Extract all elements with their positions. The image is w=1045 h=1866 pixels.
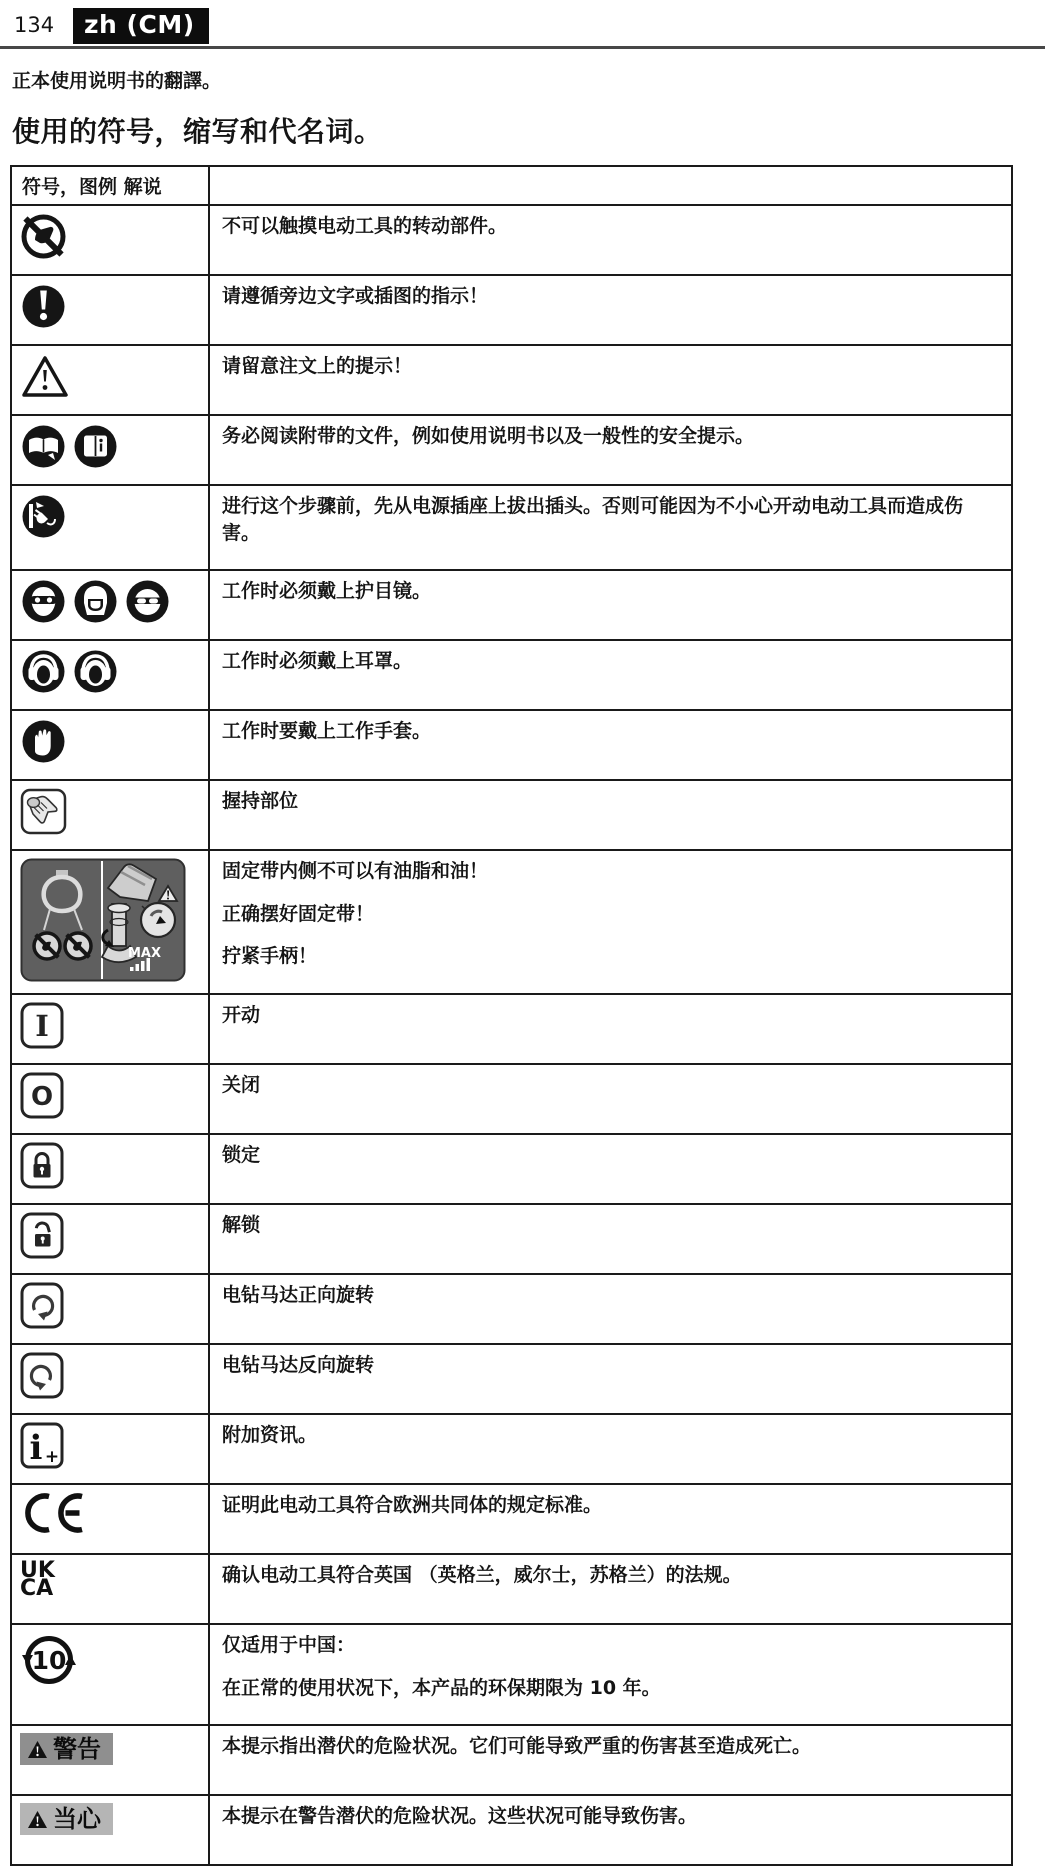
description-cell: 请留意注文上的提示！ [209,345,1012,415]
description-cell: 锁定 [209,1134,1012,1204]
page-title: 使用的符号，缩写和代名词。 [12,110,1045,150]
symbol-cell [11,1134,209,1204]
strap-instructions-image: MAX [20,858,186,986]
symbol-cell [11,640,209,710]
table-row: i +附加资讯。 [11,1414,1012,1484]
row-text: 工作时必须戴上耳罩。 [222,648,999,675]
ear-muffs-icon [72,648,119,699]
table-row: UKCA确认电动工具符合英国 （英格兰，威尔士，苏格兰）的法规。 [11,1554,1012,1624]
ear-muffs-icon [20,648,67,699]
row-text: 解锁 [222,1212,999,1239]
row-text: 务必阅读附带的文件，例如使用说明书以及一般性的安全提示。 [222,423,999,450]
description-cell: 工作时必须戴上护目镜。 [209,570,1012,640]
switch-off-icon: O [20,1072,64,1123]
description-cell: 电钻马达反向旋转 [209,1344,1012,1414]
symbol-cell: i + [11,1414,209,1484]
table-row: 工作时要戴上工作手套。 [11,710,1012,780]
symbol-cell: 当心 [11,1795,209,1865]
table-row: 警告本提示指出潜伏的危险状况。它们可能导致严重的伤害甚至造成死亡。 [11,1725,1012,1795]
lock-open-icon [20,1212,64,1263]
row-text: 请遵循旁边文字或插图的指示！ [222,283,999,310]
row-text: 附加资讯。 [222,1422,999,1449]
svg-text:O: O [31,1082,53,1112]
row-text: 拧紧手柄！ [222,943,999,970]
description-cell: 本提示在警告潜伏的危险状况。这些状况可能导致伤害。 [209,1795,1012,1865]
intro-text: 正本使用说明书的翻譯。 [12,66,1045,93]
description-cell: 电钻马达正向旋转 [209,1274,1012,1344]
description-cell: 本提示指出潜伏的危险状况。它们可能导致严重的伤害甚至造成死亡。 [209,1725,1012,1795]
row-text: 本提示在警告潜伏的危险状况。这些状况可能导致伤害。 [222,1803,999,1830]
row-text: 确认电动工具符合英国 （英格兰，威尔士，苏格兰）的法规。 [222,1562,999,1589]
svg-text:+: + [45,1447,59,1467]
language-badge: zh (CM) [73,8,209,44]
description-cell: 开动 [209,994,1012,1064]
row-text: 请留意注文上的提示！ [222,353,999,380]
svg-text:i: i [30,1428,43,1468]
symbol-cell: MAX [11,850,209,994]
description-cell: 解锁 [209,1204,1012,1274]
table-row: 务必阅读附带的文件，例如使用说明书以及一般性的安全提示。 [11,415,1012,485]
header-rule: 134 zh (CM) [0,0,1045,49]
table-row: 当心本提示在警告潜伏的危险状况。这些状况可能导致伤害。 [11,1795,1012,1865]
table-row: 证明此电动工具符合欧洲共同体的规定标准。 [11,1484,1012,1554]
table-row: 不可以触摸电动工具的转动部件。 [11,205,1012,275]
table-row: MAX 固定带内侧不可以有油脂和油！正确摆好固定带！拧紧手柄！ [11,850,1012,994]
caution-badge: 当心 [20,1803,113,1835]
symbol-cell [11,710,209,780]
description-cell: 请遵循旁边文字或插图的指示！ [209,275,1012,345]
description-cell: 证明此电动工具符合欧洲共同体的规定标准。 [209,1484,1012,1554]
warning-badge: 警告 [20,1733,113,1765]
ce-mark-icon [20,1492,86,1538]
safety-glasses-icon [124,578,171,629]
description-cell: 进行这个步骤前，先从电源插座上拔出插头。否则可能因为不小心开动电动工具而造成伤害… [209,485,1012,570]
row-text: 进行这个步骤前，先从电源插座上拔出插头。否则可能因为不小心开动电动工具而造成伤害… [222,493,999,546]
table-row: 锁定 [11,1134,1012,1204]
table-header-empty [209,166,1012,205]
goggles-icon [20,578,67,629]
table-row: 工作时必须戴上护目镜。 [11,570,1012,640]
svg-text:I: I [35,1009,49,1043]
unplug-icon [20,493,67,544]
table-row: 10 仅适用于中国：在正常的使用状况下，本产品的环保期限为 10 年。 [11,1624,1012,1725]
table-row: 请留意注文上的提示！ [11,345,1012,415]
description-cell: 握持部位 [209,780,1012,850]
symbol-cell: 10 [11,1624,209,1725]
rotate-cw-icon [20,1282,64,1333]
table-row: 握持部位 [11,780,1012,850]
row-text: 正确摆好固定带！ [222,901,999,928]
table-row: 电钻马达正向旋转 [11,1274,1012,1344]
read-documents-icon [20,423,67,474]
symbol-cell [11,1484,209,1554]
follow-instructions-icon [20,283,67,334]
lock-closed-icon [20,1142,64,1193]
row-text: 证明此电动工具符合欧洲共同体的规定标准。 [222,1492,999,1519]
page-header: 134 zh (CM) [0,0,1045,49]
row-text: 仅适用于中国： [222,1632,999,1659]
switch-on-icon: I [20,1002,64,1053]
row-text: 在正常的使用状况下，本产品的环保期限为 10 年。 [222,1675,999,1702]
table-row: 电钻马达反向旋转 [11,1344,1012,1414]
warning-triangle-icon [20,353,70,404]
symbol-cell [11,570,209,640]
symbol-cell [11,345,209,415]
page-number: 134 [14,13,54,37]
description-cell: 仅适用于中国：在正常的使用状况下，本产品的环保期限为 10 年。 [209,1624,1012,1725]
description-cell: 附加资讯。 [209,1414,1012,1484]
table-row: O关闭 [11,1064,1012,1134]
description-cell: 工作时必须戴上耳罩。 [209,640,1012,710]
table-header-label: 符号，图例 解说 [11,166,209,205]
symbols-table: 符号，图例 解说 不可以触摸电动工具的转动部件。 请遵循旁边文字或插图的指示！ … [10,165,1013,1866]
ukca-mark-icon: UKCA [20,1562,55,1598]
symbol-cell: I [11,994,209,1064]
table-header-row: 符号，图例 解说 [11,166,1012,205]
row-text: 电钻马达正向旋转 [222,1282,999,1309]
description-cell: 不可以触摸电动工具的转动部件。 [209,205,1012,275]
svg-text:MAX: MAX [128,946,161,961]
symbol-cell: O [11,1064,209,1134]
symbol-cell [11,275,209,345]
symbol-cell [11,1274,209,1344]
china-rohs-10-icon: 10 [20,1632,78,1692]
symbol-cell [11,780,209,850]
row-text: 握持部位 [222,788,999,815]
table-row: I开动 [11,994,1012,1064]
symbol-cell [11,485,209,570]
row-text: 关闭 [222,1072,999,1099]
symbol-cell [11,1344,209,1414]
description-cell: 关闭 [209,1064,1012,1134]
rotate-ccw-icon [20,1352,64,1403]
row-text: 开动 [222,1002,999,1029]
symbol-cell [11,415,209,485]
manual-book-icon [72,423,119,474]
symbol-cell: UKCA [11,1554,209,1624]
description-cell: 确认电动工具符合英国 （英格兰，威尔士，苏格兰）的法规。 [209,1554,1012,1624]
row-text: 固定带内侧不可以有油脂和油！ [222,858,999,885]
table-row: 解锁 [11,1204,1012,1274]
table-row: 工作时必须戴上耳罩。 [11,640,1012,710]
row-text: 工作时要戴上工作手套。 [222,718,999,745]
row-text: 工作时必须戴上护目镜。 [222,578,999,605]
gloves-icon [20,718,67,769]
description-cell: 工作时要戴上工作手套。 [209,710,1012,780]
row-text: 电钻马达反向旋转 [222,1352,999,1379]
table-row: 进行这个步骤前，先从电源插座上拔出插头。否则可能因为不小心开动电动工具而造成伤害… [11,485,1012,570]
manual-page: 134 zh (CM) 正本使用说明书的翻譯。 使用的符号，缩写和代名词。 符号… [0,0,1045,1866]
row-text: 本提示指出潜伏的危险状况。它们可能导致严重的伤害甚至造成死亡。 [222,1733,999,1760]
description-cell: 务必阅读附带的文件，例如使用说明书以及一般性的安全提示。 [209,415,1012,485]
info-plus-icon: i + [20,1422,64,1473]
row-text: 不可以触摸电动工具的转动部件。 [222,213,999,240]
no-touch-rotating-parts-icon [20,213,67,264]
description-cell: 固定带内侧不可以有油脂和油！正确摆好固定带！拧紧手柄！ [209,850,1012,994]
grip-area-icon [20,788,67,839]
symbol-cell: 警告 [11,1725,209,1795]
symbol-cell [11,1204,209,1274]
symbol-cell [11,205,209,275]
svg-text:10: 10 [32,1646,67,1675]
table-row: 请遵循旁边文字或插图的指示！ [11,275,1012,345]
face-shield-icon [72,578,119,629]
row-text: 锁定 [222,1142,999,1169]
